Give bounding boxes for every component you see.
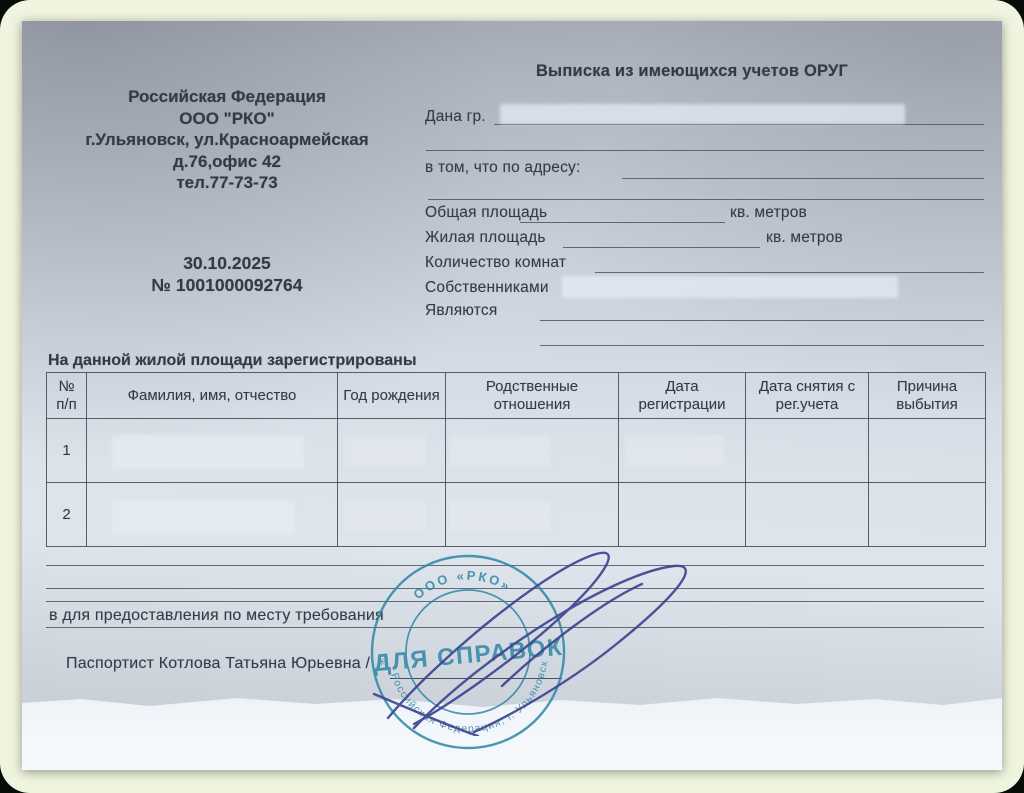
- blank-line: [540, 345, 984, 346]
- scanned-document-screenshot: Российская Федерация ООО "РКО" г.Ульянов…: [0, 0, 1024, 793]
- col-header-num: № п/п: [47, 373, 87, 419]
- blank-line: [428, 199, 984, 200]
- org-office: д.76,офис 42: [52, 151, 402, 173]
- redacted-area: [500, 104, 905, 124]
- blank-line: [563, 247, 760, 248]
- redacted-area: [112, 500, 295, 535]
- col-header-leave-reason: Причина выбытия: [869, 373, 986, 419]
- living-area-label: Жилая площадь: [425, 229, 546, 247]
- col-header-relation: Родственные отношения: [446, 373, 619, 419]
- document-paper: Российская Федерация ООО "РКО" г.Ульянов…: [22, 21, 1002, 770]
- cell-dereg-date: [746, 483, 869, 547]
- cell-leave-reason: [869, 483, 986, 547]
- redacted-area: [562, 276, 898, 298]
- redacted-area: [344, 501, 426, 532]
- col-header-name: Фамилия, имя, отчество: [87, 373, 338, 419]
- table-caption: На данной жилой площади зарегистрированы: [48, 352, 417, 370]
- document-date: 30.10.2025: [52, 253, 402, 275]
- owners-label: Собственниками: [425, 279, 549, 297]
- redacted-area: [450, 435, 550, 467]
- blank-line: [622, 178, 984, 179]
- org-name: ООО "РКО": [52, 108, 402, 130]
- org-country: Российская Федерация: [52, 86, 402, 108]
- handwritten-signature: [352, 536, 722, 736]
- redacted-area: [344, 435, 426, 467]
- document-title: Выписка из имеющихся учетов ОРУГ: [442, 62, 942, 81]
- owners-are-label: Являются: [425, 302, 497, 320]
- table-header-row: № п/п Фамилия, имя, отчество Год рождени…: [47, 373, 986, 419]
- row-number: 2: [47, 483, 87, 547]
- org-phone: тел.77-73-73: [52, 172, 402, 194]
- document-date-number: 30.10.2025 № 1001000092764: [52, 253, 402, 296]
- issued-to-label: Дана гр.: [425, 108, 486, 126]
- rooms-label: Количество комнат: [425, 254, 566, 272]
- cell-dereg-date: [746, 419, 869, 483]
- total-area-label: Общая площадь: [425, 204, 547, 222]
- org-header-block: Российская Федерация ООО "РКО" г.Ульянов…: [52, 86, 402, 194]
- blank-line: [520, 222, 725, 223]
- blank-line: [540, 320, 984, 321]
- col-header-birth-year: Год рождения: [338, 373, 446, 419]
- redacted-area: [112, 435, 304, 469]
- document-number: № 1001000092764: [52, 275, 402, 297]
- signature-strokes: [352, 536, 722, 736]
- total-area-units: кв. метров: [730, 204, 807, 222]
- blank-line: [494, 124, 984, 125]
- signer-text: Паспортист Котлова Татьяна Юрьевна /: [66, 655, 370, 673]
- blank-line: [426, 150, 984, 151]
- col-header-reg-date: Дата регистрации: [619, 373, 746, 419]
- org-address: г.Ульяновск, ул.Красноармейская: [52, 129, 402, 151]
- blank-line: [595, 272, 984, 273]
- cell-leave-reason: [869, 419, 986, 483]
- address-label: в том, что по адресу:: [425, 159, 581, 177]
- living-area-units: кв. метров: [766, 229, 843, 247]
- row-number: 1: [47, 419, 87, 483]
- purpose-text: в для предоставления по месту требования: [49, 607, 384, 625]
- col-header-dereg-date: Дата снятия с рег.учета: [746, 373, 869, 419]
- redacted-area: [625, 435, 725, 466]
